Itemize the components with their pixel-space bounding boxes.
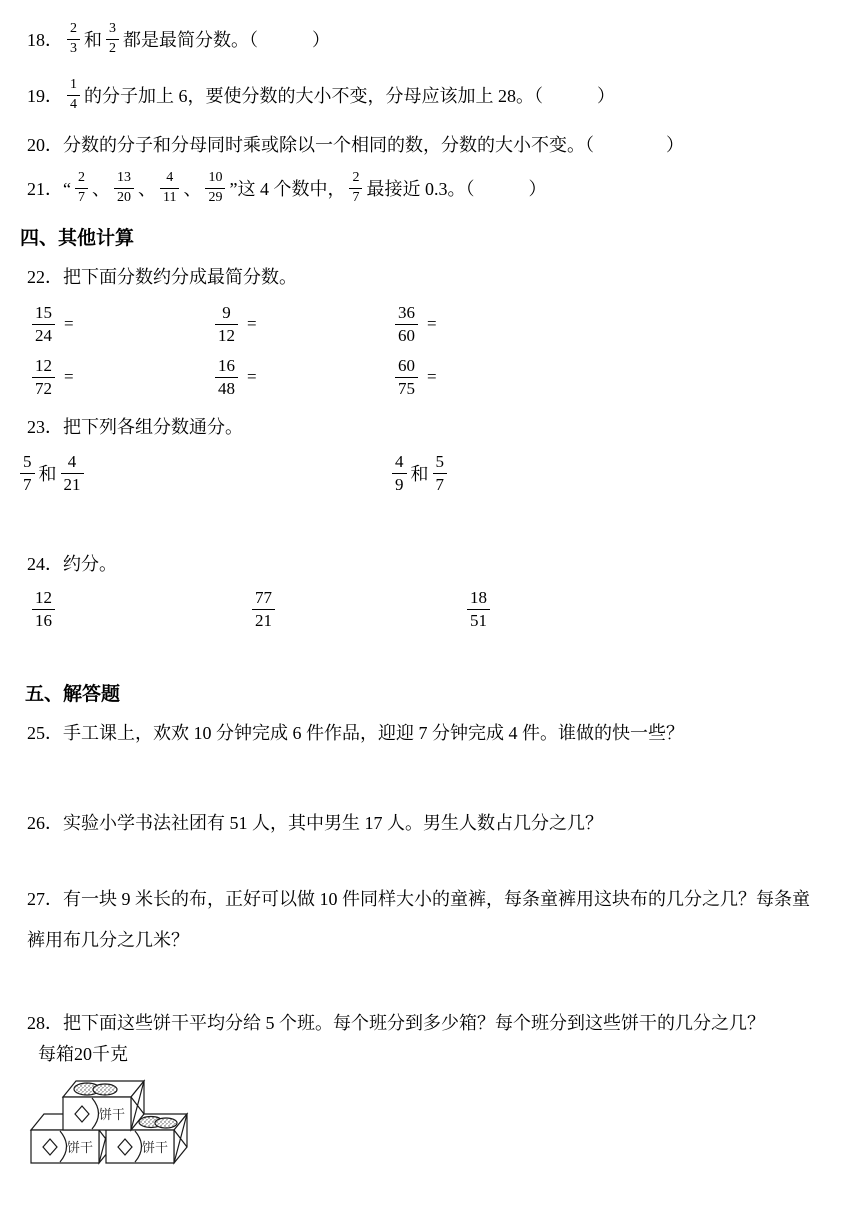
equals-sign: = bbox=[427, 314, 437, 334]
q22-fraction-16-48: 1648 = bbox=[211, 354, 257, 400]
q24-fraction-77-21: 7721 bbox=[248, 585, 279, 633]
question-22: 22．把下面分数约分成最简分数。 bbox=[27, 267, 297, 287]
fraction-2-7: 27 bbox=[75, 171, 88, 205]
q22-fraction-36-60: 3660 = bbox=[391, 301, 437, 347]
fraction: 1272 bbox=[32, 357, 55, 398]
conjunction: 和 bbox=[411, 460, 429, 486]
question-26: 26．实验小学书法社团有 51 人，其中男生 17 人。男生人数占几分之几？ bbox=[27, 813, 603, 833]
fraction-1-4: 14 bbox=[67, 78, 80, 112]
equals-sign: = bbox=[247, 367, 257, 387]
fraction-2-7: 27 bbox=[349, 171, 362, 205]
question-27: 27．有一块 9 米长的布，正好可以做 10 件同样大小的童裤，每条童裤用这块布… bbox=[27, 879, 827, 961]
conjunction: 和 bbox=[84, 26, 102, 52]
fraction-10-29: 1029 bbox=[205, 171, 225, 205]
q24-fraction-12-16: 1216 bbox=[28, 585, 59, 633]
question-text: ”这 4 个数中， bbox=[229, 175, 345, 201]
fraction: 3660 bbox=[395, 304, 418, 345]
section-heading-5: 五、解答题 bbox=[25, 684, 120, 706]
separator: 、 bbox=[92, 175, 110, 201]
fraction-3-2: 32 bbox=[106, 22, 119, 56]
fraction-4-21: 421 bbox=[61, 453, 84, 494]
fraction: 1648 bbox=[215, 357, 238, 398]
question-text: 最接近 0.3。（ ） bbox=[366, 175, 546, 201]
question-text: 都是最简分数。（ ） bbox=[123, 26, 330, 52]
question-20: 20．分数的分子和分母同时乘或除以一个相同的数，分数的大小不变。（ ） bbox=[27, 135, 684, 155]
fraction: 912 bbox=[215, 304, 238, 345]
question-text: 的分子加上 6，要使分数的大小不变，分母应该加上 28。（ ） bbox=[84, 82, 615, 108]
fraction-2-3: 23 bbox=[67, 22, 80, 56]
box-label: 饼干 bbox=[67, 1140, 93, 1155]
equals-sign: = bbox=[64, 367, 74, 387]
box-weight-note: 每箱20千克 bbox=[38, 1044, 128, 1064]
question-21: 21．“ 27 、 1320 、 411 、 1029 ”这 4 个数中， 27… bbox=[27, 164, 546, 212]
q22-fraction-9-12: 912 = bbox=[211, 301, 257, 347]
q22-fraction-12-72: 1272 = bbox=[28, 354, 74, 400]
biscuit-box-top: 饼干 bbox=[63, 1081, 144, 1130]
question-24: 24．约分。 bbox=[27, 554, 117, 574]
fraction: 7721 bbox=[252, 589, 275, 630]
separator: 、 bbox=[183, 175, 201, 201]
equals-sign: = bbox=[427, 367, 437, 387]
question-23: 23．把下列各组分数通分。 bbox=[27, 417, 243, 437]
fraction-5-7: 57 bbox=[433, 453, 448, 494]
equals-sign: = bbox=[64, 314, 74, 334]
fraction-13-20: 1320 bbox=[114, 171, 134, 205]
question-28: 28．把下面这些饼干平均分给 5 个班。每个班分到多少箱？每个班分到这些饼干的几… bbox=[27, 1013, 765, 1033]
fraction: 1524 bbox=[32, 304, 55, 345]
question-number: 21．“ bbox=[27, 175, 71, 201]
question-18: 18． 23 和 32 都是最简分数。（ ） bbox=[27, 18, 330, 60]
q22-fraction-60-75: 6075 = bbox=[391, 354, 437, 400]
conjunction: 和 bbox=[39, 460, 57, 486]
equals-sign: = bbox=[247, 314, 257, 334]
question-25: 25．手工课上，欢欢 10 分钟完成 6 件作品，迎迎 7 分钟完成 4 件。谁… bbox=[27, 723, 684, 743]
q23-pair-1: 57 和 421 bbox=[16, 448, 88, 498]
question-19: 19． 14 的分子加上 6，要使分数的大小不变，分母应该加上 28。（ ） bbox=[27, 72, 615, 118]
fraction: 1851 bbox=[467, 589, 490, 630]
question-number: 19． bbox=[27, 82, 63, 108]
fraction-5-7: 57 bbox=[20, 453, 35, 494]
fraction-4-9: 49 bbox=[392, 453, 407, 494]
question-number: 18． bbox=[27, 26, 63, 52]
biscuit-boxes-illustration: 饼干 饼干 饼干 bbox=[20, 1065, 220, 1195]
box-label: 饼干 bbox=[99, 1107, 125, 1122]
fraction-4-11: 411 bbox=[160, 171, 179, 205]
box-label: 饼干 bbox=[142, 1140, 168, 1155]
fraction: 1216 bbox=[32, 589, 55, 630]
separator: 、 bbox=[138, 175, 156, 201]
q24-fraction-18-51: 1851 bbox=[463, 585, 494, 633]
fraction: 6075 bbox=[395, 357, 418, 398]
worksheet-page: 18． 23 和 32 都是最简分数。（ ） 19． 14 的分子加上 6，要使… bbox=[0, 0, 848, 1230]
q23-pair-2: 49 和 57 bbox=[388, 448, 451, 498]
section-heading-4: 四、其他计算 bbox=[20, 228, 134, 250]
q22-fraction-15-24: 1524 = bbox=[28, 301, 74, 347]
